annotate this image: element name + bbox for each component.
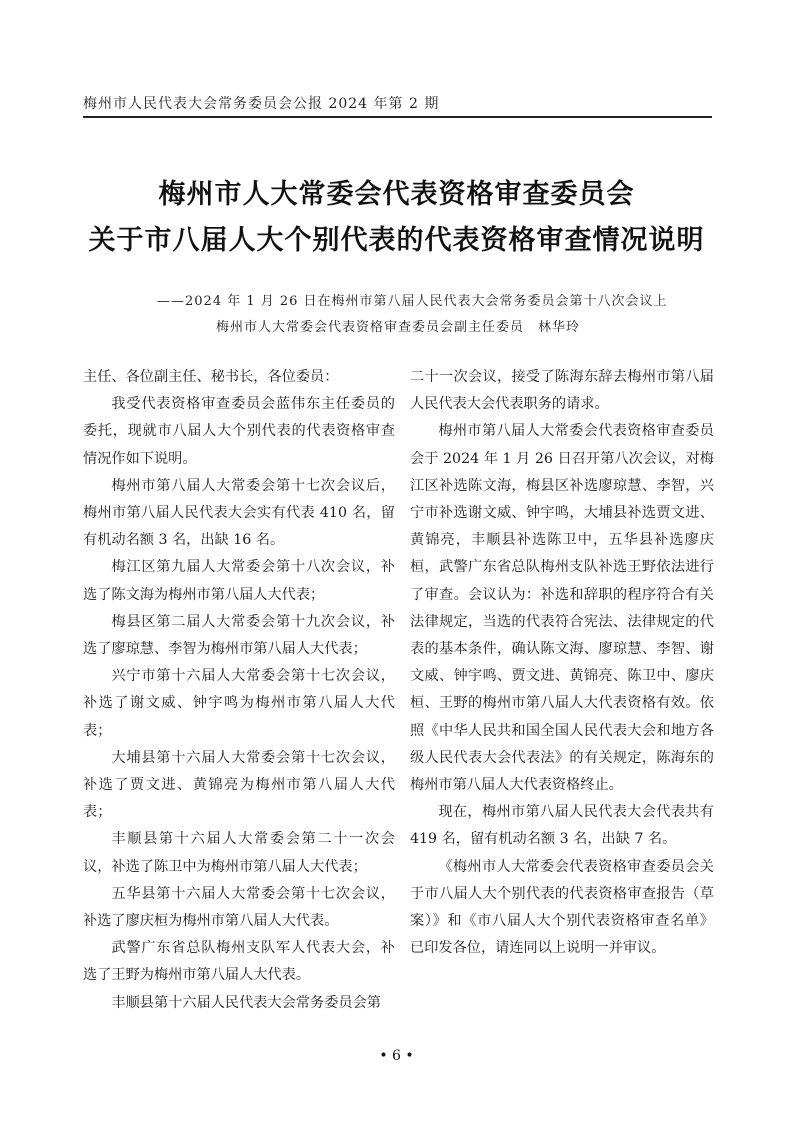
- paragraph: 大埔县第十六届人大常委会第十七次会议，补选了贾文进、黄锦亮为梅州市第八届人大代表…: [83, 745, 395, 827]
- paragraph: 二十一次会议，接受了陈海东辞去梅州市第八届人民代表大会代表职务的请求。: [410, 364, 714, 418]
- paragraph: 主任、各位副主任、秘书长，各位委员：: [83, 364, 395, 391]
- paragraph: 五华县第十六届人大常委会第十七次会议，补选了廖庆桓为梅州市第八届人大代表。: [83, 881, 395, 935]
- paragraph: 现在，梅州市第八届人民代表大会代表共有 419 名，留有机动名额 3 名，出缺 …: [410, 799, 714, 853]
- paragraph: 武警广东省总队梅州支队军人代表大会，补选了王野为梅州市第八届人大代表。: [83, 935, 395, 989]
- subtitle-speaker: 梅州市人大常委会代表资格审查委员会副主任委员 林华玲: [216, 316, 580, 335]
- paragraph: 《梅州市人大常委会代表资格审查委员会关于市八届人大个别代表的代表资格审查报告（草…: [410, 854, 714, 963]
- paragraph: 梅州市第八届人大常委会第十七次会议后，梅州市第八届人民代表大会实有代表 410 …: [83, 473, 395, 555]
- body-right-column: 二十一次会议，接受了陈海东辞去梅州市第八届人民代表大会代表职务的请求。 梅州市第…: [410, 364, 714, 962]
- paragraph: 兴宁市第十六届人大常委会第十七次会议，补选了谢文威、钟宇鸣为梅州市第八届人大代表…: [83, 663, 395, 745]
- page-number: • 6 •: [0, 1048, 793, 1064]
- body-left-column: 主任、各位副主任、秘书长，各位委员： 我受代表资格审查委员会蓝伟东主任委员的委托…: [83, 364, 395, 1017]
- header-divider: [83, 116, 712, 118]
- running-header: 梅州市人民代表大会常务委员会公报 2024 年第 2 期: [83, 93, 713, 113]
- paragraph: 我受代表资格审查委员会蓝伟东主任委员的委托，现就市八届人大个别代表的代表资格审查…: [83, 391, 395, 473]
- paragraph: 梅州市第八届人大常委会代表资格审查委员会于 2024 年 1 月 26 日召开第…: [410, 418, 714, 799]
- document-title-line2: 关于市八届人大个别代表的代表资格审查情况说明: [0, 218, 793, 257]
- subtitle-occasion: ——2024 年 1 月 26 日在梅州市第八届人民代表大会常务委员会第十八次会…: [157, 290, 668, 309]
- document-title-line1: 梅州市人大常委会代表资格审查委员会: [0, 172, 793, 211]
- paragraph: 梅县区第二届人大常委会第十九次会议，补选了廖琼慧、李智为梅州市第八届人大代表；: [83, 609, 395, 663]
- paragraph: 丰顺县第十六届人大常委会第二十一次会议，补选了陈卫中为梅州市第八届人大代表；: [83, 826, 395, 880]
- paragraph: 梅江区第九届人大常委会第十八次会议，补选了陈文海为梅州市第八届人大代表；: [83, 554, 395, 608]
- paragraph: 丰顺县第十六届人民代表大会常务委员会第: [83, 990, 395, 1017]
